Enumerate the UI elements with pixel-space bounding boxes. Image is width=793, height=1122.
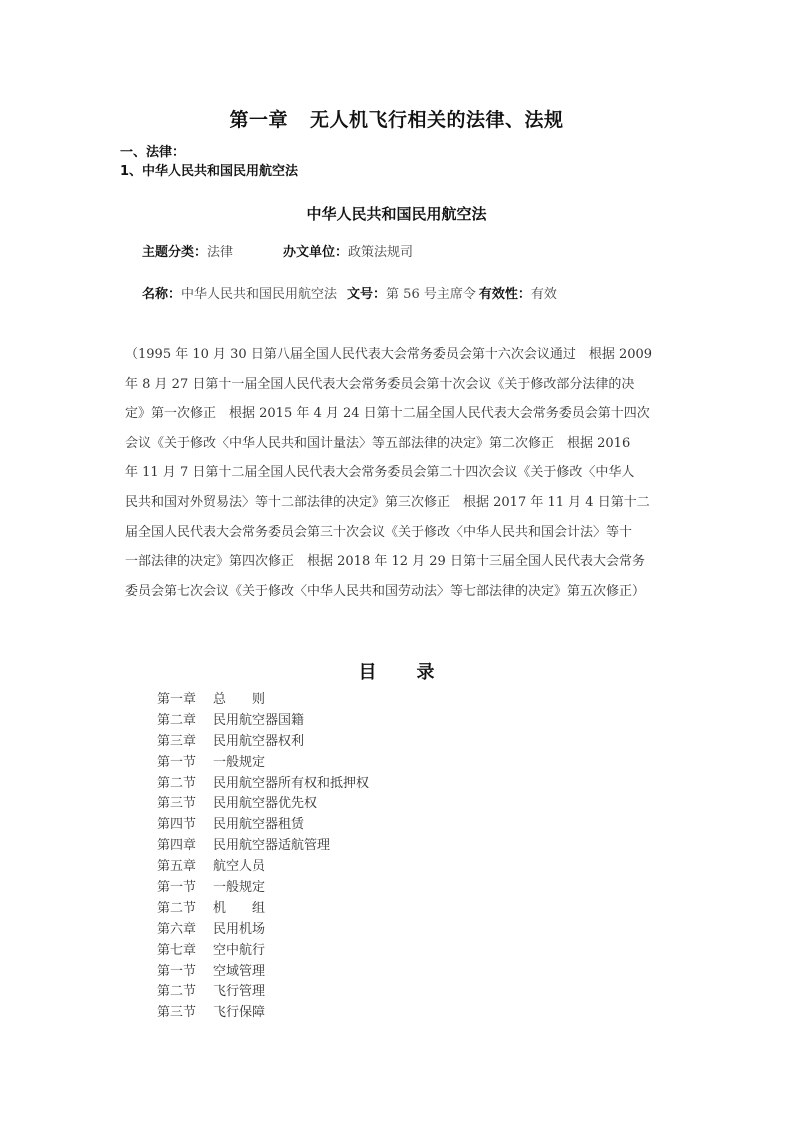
chapter-number: 第一章 — [229, 109, 288, 131]
toc-item-title: 民用航空器国籍 — [213, 713, 304, 728]
meta-row-category-issuer: 主题分类：法律办文单位：政策法规司 — [142, 241, 413, 260]
name-label: 名称： — [142, 287, 181, 302]
toc-item-title: 空中航行 — [213, 943, 265, 958]
toc-item-number: 第一节 — [157, 753, 213, 774]
toc-item-title: 总 则 — [213, 692, 265, 707]
history-line: 民共和国对外贸易法〉等十二部法律的决定》第三次修正 根据 2017 年 11 月… — [125, 488, 685, 518]
toc-title-part1: 目 — [359, 662, 377, 683]
doc-no-label: 文号： — [347, 287, 386, 302]
toc-item-title: 民用航空器租赁 — [213, 817, 304, 832]
toc-title: 目录 — [0, 658, 793, 684]
category-value: 法律 — [207, 245, 233, 260]
toc-item-number: 第七章 — [157, 941, 213, 962]
meta-row-name-docno-validity: 名称：中华人民共和国民用航空法文号：第 56 号主席令有效性：有效 — [142, 283, 557, 302]
toc-item-title: 民用航空器权利 — [213, 734, 304, 749]
issuer-value: 政策法规司 — [348, 245, 413, 260]
toc-item-number: 第一节 — [157, 878, 213, 899]
toc-item-number: 第四节 — [157, 815, 213, 836]
toc-item[interactable]: 第一节空域管理 — [157, 962, 369, 983]
toc-item-title: 机 组 — [213, 901, 265, 916]
category-label: 主题分类： — [142, 245, 207, 260]
toc-item[interactable]: 第一节一般规定 — [157, 878, 369, 899]
toc-item[interactable]: 第二章民用航空器国籍 — [157, 711, 369, 732]
toc-item-title: 空域管理 — [213, 964, 265, 979]
chapter-title: 第一章无人机飞行相关的法律、法规 — [0, 105, 793, 132]
toc-item[interactable]: 第四节民用航空器租赁 — [157, 815, 369, 836]
toc-item-title: 民用航空器所有权和抵押权 — [213, 776, 369, 791]
toc-title-part2: 录 — [417, 662, 435, 683]
toc-item-title: 民用航空器适航管理 — [213, 838, 330, 853]
toc-item-number: 第五章 — [157, 857, 213, 878]
toc-item[interactable]: 第二节机 组 — [157, 899, 369, 920]
history-line: 定》第一次修正 根据 2015 年 4 月 24 日第十二届全国人民代表大会常务… — [125, 399, 685, 429]
toc-item-number: 第二节 — [157, 982, 213, 1003]
history-line: 届全国人民代表大会常务委员会第三十次会议《关于修改〈中华人民共和国会计法〉等十 — [125, 518, 685, 548]
history-line: 会议《关于修改〈中华人民共和国计量法〉等五部法律的决定》第二次修正 根据 201… — [125, 429, 685, 459]
toc-item-number: 第六章 — [157, 920, 213, 941]
toc-item-number: 第四章 — [157, 836, 213, 857]
toc-item[interactable]: 第五章航空人员 — [157, 857, 369, 878]
validity-label: 有效性： — [479, 287, 531, 302]
validity-value: 有效 — [531, 287, 557, 302]
amendment-history-paragraph: （1995 年 10 月 30 日第八届全国人民代表大会常务委员会第十六次会议通… — [125, 340, 685, 606]
law-title: 中华人民共和国民用航空法 — [0, 203, 793, 224]
toc-item[interactable]: 第二节飞行管理 — [157, 982, 369, 1003]
toc-item-title: 航空人员 — [213, 859, 265, 874]
toc-item-number: 第三章 — [157, 732, 213, 753]
toc-item-title: 民用机场 — [213, 922, 265, 937]
toc-item-title: 飞行管理 — [213, 984, 265, 999]
toc-item[interactable]: 第一节一般规定 — [157, 753, 369, 774]
name-value: 中华人民共和国民用航空法 — [181, 287, 337, 302]
toc-item[interactable]: 第四章民用航空器适航管理 — [157, 836, 369, 857]
toc-item-title: 飞行保障 — [213, 1005, 265, 1020]
history-line: 一部法律的决定》第四次修正 根据 2018 年 12 月 29 日第十三届全国人… — [125, 547, 685, 577]
doc-no-value: 第 56 号主席令 — [386, 287, 476, 302]
table-of-contents: 第一章总 则 第二章民用航空器国籍 第三章民用航空器权利 第一节一般规定 第二节… — [157, 690, 369, 1024]
toc-item-title: 民用航空器优先权 — [213, 796, 317, 811]
toc-item[interactable]: 第三章民用航空器权利 — [157, 732, 369, 753]
toc-item[interactable]: 第一章总 则 — [157, 690, 369, 711]
toc-item[interactable]: 第三节民用航空器优先权 — [157, 794, 369, 815]
toc-item-number: 第二章 — [157, 711, 213, 732]
section-label: 一、法律： — [120, 141, 185, 160]
toc-item-number: 第三节 — [157, 794, 213, 815]
history-line: 委员会第七次会议《关于修改〈中华人民共和国劳动法〉等七部法律的决定》第五次修正） — [125, 577, 685, 607]
toc-item-number: 第二节 — [157, 774, 213, 795]
toc-item-title: 一般规定 — [213, 755, 265, 770]
law-item-heading: 1、中华人民共和国民用航空法 — [120, 160, 298, 179]
history-line: 年 11 月 7 日第十二届全国人民代表大会常务委员会第二十四次会议《关于修改〈… — [125, 458, 685, 488]
toc-item-number: 第二节 — [157, 899, 213, 920]
toc-item[interactable]: 第七章空中航行 — [157, 941, 369, 962]
chapter-heading-text: 无人机飞行相关的法律、法规 — [310, 109, 564, 131]
toc-item-number: 第一章 — [157, 690, 213, 711]
toc-item-title: 一般规定 — [213, 880, 265, 895]
toc-item[interactable]: 第六章民用机场 — [157, 920, 369, 941]
toc-item[interactable]: 第三节飞行保障 — [157, 1003, 369, 1024]
toc-item[interactable]: 第二节民用航空器所有权和抵押权 — [157, 774, 369, 795]
history-line: （1995 年 10 月 30 日第八届全国人民代表大会常务委员会第十六次会议通… — [125, 340, 685, 370]
toc-item-number: 第一节 — [157, 962, 213, 983]
issuer-label: 办文单位： — [283, 245, 348, 260]
history-line: 年 8 月 27 日第十一届全国人民代表大会常务委员会第十次会议《关于修改部分法… — [125, 370, 685, 400]
toc-item-number: 第三节 — [157, 1003, 213, 1024]
